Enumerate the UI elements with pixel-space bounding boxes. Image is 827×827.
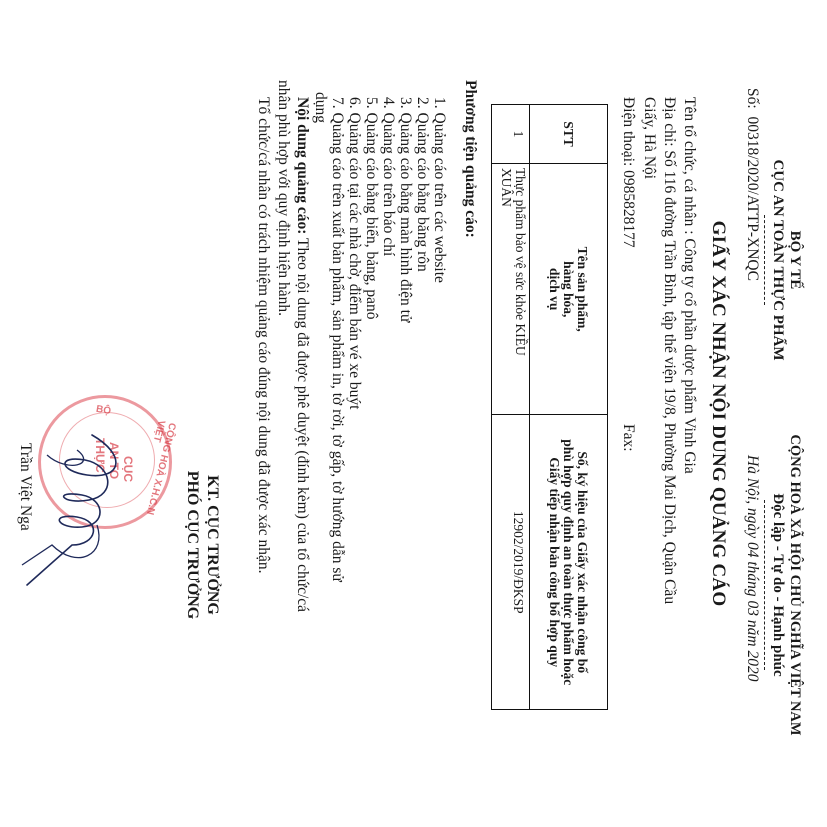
document-number-label: Số: bbox=[744, 88, 761, 109]
column-header-product-line: hàng hóa, bbox=[562, 168, 576, 411]
signatory-position: PHÓ CỤC TRƯỞNG bbox=[183, 440, 201, 650]
media-item: 4. Quảng cáo trên báo chí bbox=[379, 97, 397, 256]
signatory-on-behalf: KT. CỤC TRƯỞNG bbox=[203, 440, 221, 650]
document-page: BỘ Y TẾ CỤC AN TOÀN THỰC PHẨM Số: 00318/… bbox=[0, 0, 827, 827]
national-motto: Độc lập - Tự do - Hạnh phúc bbox=[769, 460, 786, 710]
applicant-phone: Điện thoại: 0985828177 bbox=[619, 97, 637, 248]
responsibility-statement: Tổ chức/cá nhân có trách nhiệm quảng cáo… bbox=[254, 97, 272, 574]
media-item: 2. Quảng cáo bằng băng rôn bbox=[413, 97, 431, 272]
applicant-address: Địa chỉ: Số 116 đường Trần Bình, tập thể… bbox=[660, 97, 678, 604]
column-header-certificate-line: Số, ký hiệu của Giấy xác nhận công bố bbox=[576, 419, 590, 705]
handwritten-signature-icon bbox=[17, 395, 167, 595]
header-right-rule bbox=[764, 500, 765, 670]
table-header-row: STT Tên sản phẩm, hàng hóa, dịch vụ Số, … bbox=[530, 105, 608, 710]
media-item: 1. Quảng cáo trên các website bbox=[430, 97, 448, 283]
cell-product-line: XUÂN bbox=[499, 168, 513, 411]
document-number: Số: 00318/2020/ATTP-XNQC bbox=[743, 88, 761, 281]
table-row: 1 Thực phẩm bảo vệ sức khỏe KIỀU XUÂN 12… bbox=[492, 105, 530, 710]
column-header-stt: STT bbox=[530, 105, 608, 164]
column-header-product-line: dịch vụ bbox=[548, 168, 562, 411]
applicant-fax: Fax: bbox=[619, 424, 637, 452]
signatory-name: Trần Việt Nga bbox=[16, 443, 34, 531]
media-item: 3. Quảng cáo bằng màn hình điện tử bbox=[396, 97, 414, 322]
cell-stt: 1 bbox=[492, 105, 530, 164]
column-header-certificate-line: phù hợp quy định an toàn thực phẩm hoặc bbox=[562, 419, 576, 705]
cell-product: Thực phẩm bảo vệ sức khỏe KIỀU XUÂN bbox=[492, 163, 530, 415]
department-name: CỤC AN TOÀN THỰC PHẨM bbox=[769, 130, 786, 390]
column-header-product-line: Tên sản phẩm, bbox=[576, 168, 590, 411]
media-heading: Phương tiện quảng cáo: bbox=[461, 80, 479, 238]
media-item-wrap: dụng bbox=[311, 92, 329, 123]
content-approval: Nội dung quảng cáo: Theo nội dung đã đượ… bbox=[293, 97, 311, 612]
nation-name: CỘNG HOÀ XÃ HỘI CHỦ NGHĨA VIỆT NAM bbox=[786, 420, 803, 750]
ministry-name: BỘ Y TẾ bbox=[786, 160, 803, 360]
content-text-continued: nhân phù hợp với quy định hiện hành. bbox=[274, 80, 292, 316]
media-item: 6. Quảng cáo tại các nhà chờ, điểm bán v… bbox=[345, 97, 363, 409]
column-header-certificate: Số, ký hiệu của Giấy xác nhận công bố ph… bbox=[530, 415, 608, 710]
content-text: Theo nội dung đã được phê duyệt (đính kè… bbox=[294, 234, 311, 612]
column-header-certificate-line: Giấy tiếp nhận bản công bố hợp quy bbox=[548, 419, 562, 705]
content-label: Nội dung quảng cáo: bbox=[294, 97, 311, 234]
media-item: 5. Quảng cáo bằng biển, bảng, panô bbox=[362, 97, 380, 320]
cell-certificate: 12902/2019/ĐKSP bbox=[492, 415, 530, 710]
place-and-date: Hà Nội, ngày 04 tháng 03 năm 2020 bbox=[743, 455, 761, 681]
product-table: STT Tên sản phẩm, hàng hóa, dịch vụ Số, … bbox=[491, 104, 608, 710]
cell-product-line: Thực phẩm bảo vệ sức khỏe KIỀU bbox=[513, 168, 527, 411]
page-title: GIẤY XÁC NHẬN NỘI DUNG QUẢNG CÁO bbox=[707, 0, 729, 827]
applicant-organization: Tên tổ chức, cá nhân : Công ty cổ phần d… bbox=[680, 97, 698, 474]
document-number-value: 00318/2020/ATTP-XNQC bbox=[744, 116, 761, 280]
applicant-address-continued: Giấy, Hà Nội bbox=[640, 97, 658, 179]
header-left-rule bbox=[764, 215, 765, 305]
media-item: 7. Quảng cáo trên xuất bản phẩm, sản phẩ… bbox=[328, 97, 346, 582]
column-header-product: Tên sản phẩm, hàng hóa, dịch vụ bbox=[530, 163, 608, 415]
